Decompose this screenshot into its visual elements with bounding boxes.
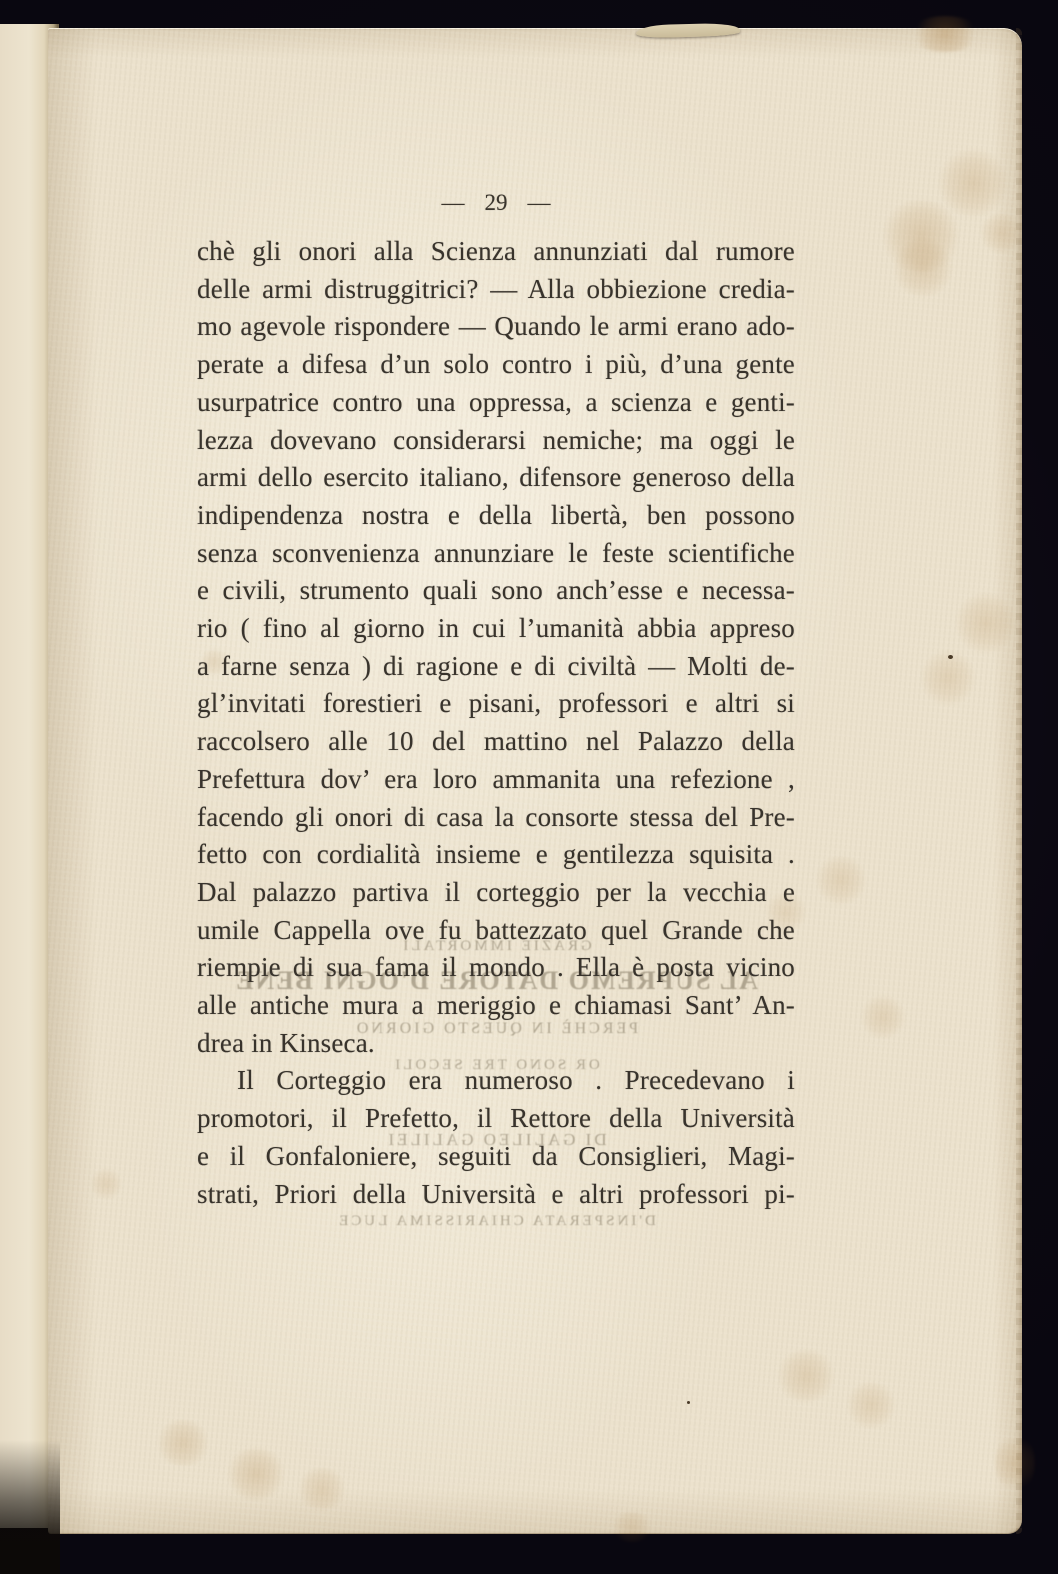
text-line: mo agevole rispondere — Quando le armi e… bbox=[197, 308, 795, 346]
text-line: fetto con cordialità insieme e gentilezz… bbox=[197, 836, 795, 874]
text-line: gl’invitati forestieri e pisani, profess… bbox=[197, 685, 795, 723]
ink-fleck bbox=[687, 1401, 690, 1404]
page-number: — 29 — bbox=[197, 190, 795, 216]
body-text: chè gli onori alla Scienza annunziati da… bbox=[197, 233, 795, 1213]
text-line: promotori, il Prefetto, il Rettore della… bbox=[197, 1100, 795, 1138]
text-line: riempie di sua fama il mondo . Ella è po… bbox=[197, 949, 795, 987]
text-line: chè gli onori alla Scienza annunziati da… bbox=[197, 233, 795, 271]
page-number-dash-right: — bbox=[528, 190, 551, 216]
book-page-scan: GRAZIE IMMORTALI AL SUPREMO DATORE D'OGN… bbox=[0, 0, 1058, 1574]
ink-fleck bbox=[948, 655, 953, 659]
text-line: a farne senza ) di ragione e di civiltà … bbox=[197, 648, 795, 686]
page-number-dash-left: — bbox=[442, 190, 465, 216]
text-line: alle antiche mura a meriggio e chiamasi … bbox=[197, 987, 795, 1025]
text-line: facendo gli onori di casa la consorte st… bbox=[197, 799, 795, 837]
text-line: umile Cappella ove fu battezzato quel Gr… bbox=[197, 912, 795, 950]
text-line: armi dello esercito italiano, difensore … bbox=[197, 459, 795, 497]
text-line: usurpatrice contro una oppressa, a scien… bbox=[197, 384, 795, 422]
text-line: delle armi distruggitrici? — Alla obbiez… bbox=[197, 271, 795, 309]
text-line: Il Corteggio era numeroso . Precedevano … bbox=[197, 1062, 795, 1100]
text-line: Dal palazzo partiva il corteggio per la … bbox=[197, 874, 795, 912]
text-line: strati, Priori della Università e altri … bbox=[197, 1176, 795, 1214]
text-line: e il Gonfaloniere, seguiti da Consiglier… bbox=[197, 1138, 795, 1176]
page-number-value: 29 bbox=[485, 190, 508, 216]
text-line: Prefettura dov’ era loro ammanita una re… bbox=[197, 761, 795, 799]
text-line: lezza dovevano considerarsi nemiche; ma … bbox=[197, 422, 795, 460]
gutter-shadow bbox=[0, 1440, 60, 1574]
text-line: rio ( fino al giorno in cui l’umanità ab… bbox=[197, 610, 795, 648]
text-line: drea in Kinseca. bbox=[197, 1025, 795, 1063]
text-line: e civili, strumento quali sono anch’esse… bbox=[197, 572, 795, 610]
text-line: indipendenza nostra e della libertà, ben… bbox=[197, 497, 795, 535]
text-line: raccolsero alle 10 del mattino nel Palaz… bbox=[197, 723, 795, 761]
text-line: perate a difesa d’un solo contro i più, … bbox=[197, 346, 795, 384]
text-line: senza sconvenienza annunziare le feste s… bbox=[197, 535, 795, 573]
